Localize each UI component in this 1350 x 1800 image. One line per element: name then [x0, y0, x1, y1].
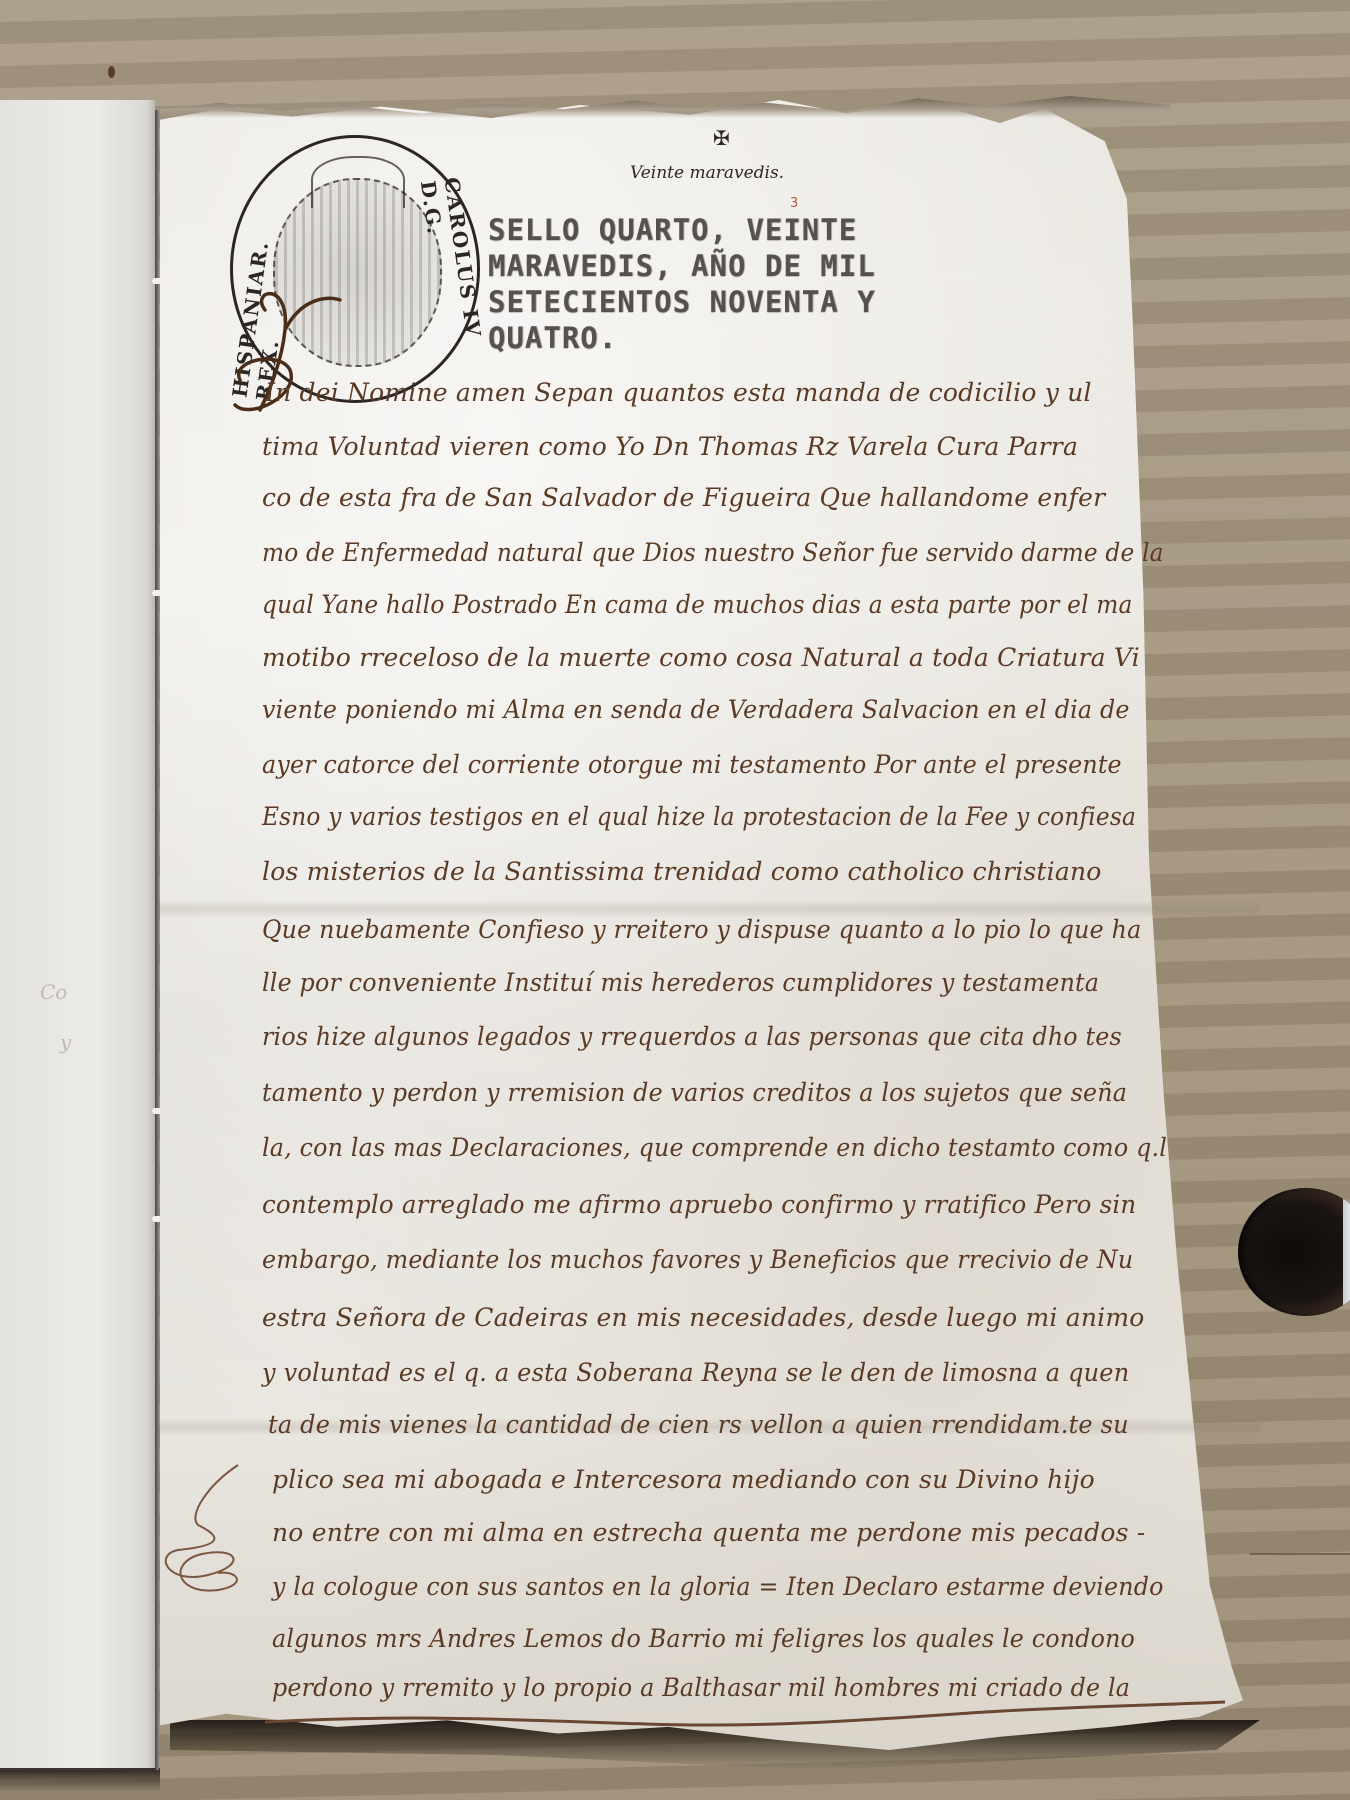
manuscript-line: plico sea mi abogada e Intercesora media…: [272, 1465, 1095, 1494]
manuscript-line: ta de mis vienes la cantidad de cien rs …: [268, 1410, 1129, 1439]
manuscript-line: tamento y perdon y rremision de varios c…: [262, 1078, 1127, 1107]
left-page: Co y: [0, 100, 155, 1770]
manuscript-line: Esno y varios testigos en el qual hize l…: [262, 802, 1136, 831]
manuscript-line: perdono y rremito y lo propio a Balthasa…: [272, 1673, 1130, 1702]
margin-flourish-icon: [158, 1455, 268, 1605]
debris-speck: [108, 66, 115, 78]
cross-mark-icon: ✠: [713, 126, 730, 150]
manuscript-line: qual Yane hallo Postrado En cama de much…: [262, 590, 1133, 619]
stamp-line: SELLO QUARTO, VEINTE: [488, 212, 1008, 248]
manuscript-line: ayer catorce del corriente otorgue mi te…: [262, 750, 1122, 779]
manuscript-line: y voluntad es el q. a esta Soberana Reyn…: [262, 1358, 1129, 1387]
manuscript-line: los misterios de la Santissima trenidad …: [262, 857, 1102, 886]
stamp-line: SETECIENTOS NOVENTA Y: [488, 284, 1008, 320]
manuscript-line: algunos mrs Andres Lemos do Barrio mi fe…: [272, 1624, 1135, 1653]
manuscript-line: lle por conveniente Instituí mis hereder…: [262, 968, 1099, 997]
bleed-through-text: Co: [40, 980, 67, 1004]
folio-number: 3: [790, 196, 798, 211]
hole-glint: [1343, 1196, 1350, 1306]
manuscript-line: Que nuebamente Confieso y rreitero y dis…: [262, 915, 1141, 944]
manuscript-line: contemplo arreglado me afirmo apruebo co…: [262, 1190, 1136, 1219]
manuscript-line: mo de Enfermedad natural que Dios nuestr…: [262, 538, 1164, 567]
manuscript-line: co de esta fra de San Salvador de Figuei…: [262, 483, 1105, 512]
manuscript-line: tima Voluntad vieren como Yo Dn Thomas R…: [262, 432, 1078, 461]
manuscript-line: la, con las mas Declaraciones, que compr…: [262, 1133, 1167, 1162]
manuscript-line: rios hize algunos legados y rrequerdos a…: [262, 1022, 1122, 1051]
manuscript-line: motibo rreceloso de la muerte como cosa …: [262, 643, 1140, 672]
closing-rule-line: [265, 1700, 1225, 1730]
manuscript-line: y la cologue con sus santos en la gloria…: [272, 1572, 1164, 1601]
manuscript-line: In dei Nomine amen Sepan quantos esta ma…: [265, 378, 1092, 407]
stamp-denomination: Veinte maravedis.: [630, 163, 784, 183]
cardboard-seam: [1250, 1553, 1350, 1555]
manuscript-line: viente poniendo mi Alma en senda de Verd…: [262, 695, 1130, 724]
manuscript-line: estra Señora de Cadeiras en mis necesida…: [262, 1303, 1145, 1332]
left-page-shadow: [0, 1768, 160, 1792]
manuscript-line: no entre con mi alma en estrecha quenta …: [272, 1518, 1145, 1547]
stamp-line: MARAVEDIS, AÑO DE MIL: [488, 248, 1008, 284]
manuscript-line: embargo, mediante los muchos favores y B…: [262, 1245, 1133, 1274]
printed-stamp-block: SELLO QUARTO, VEINTE MARAVEDIS, AÑO DE M…: [488, 212, 1008, 356]
stamp-line: QUATRO.: [488, 320, 1008, 356]
bleed-through-text: y: [60, 1030, 71, 1054]
